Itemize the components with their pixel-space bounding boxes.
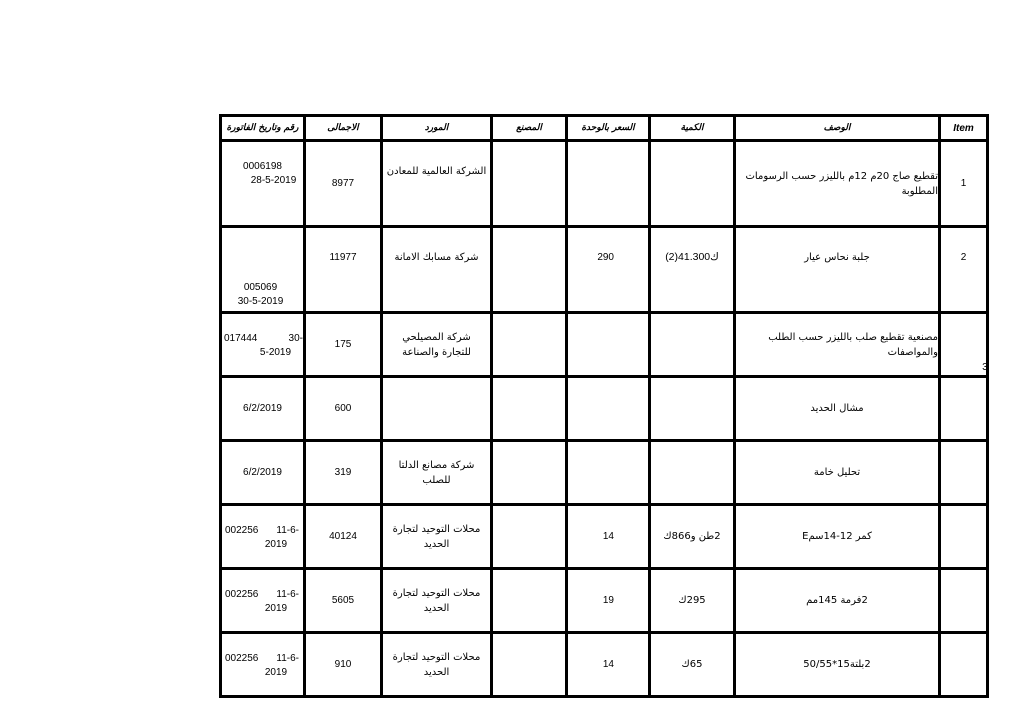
invoice-cell: 017444 30- 5-2019	[221, 313, 305, 377]
header-invoice: رقم وتاريخ الفاتورة	[221, 116, 305, 141]
invoice-date: 30-5-2019	[223, 295, 298, 309]
item-cell: 2	[940, 227, 988, 313]
supplier-cell	[382, 377, 492, 441]
total-cell: 319	[305, 441, 382, 505]
unit-price-cell: 14	[567, 633, 650, 697]
manufacturer-cell	[492, 141, 567, 227]
supplier-cell: شركة مسابك الامانة	[382, 227, 492, 313]
description-cell: 2فرمة 145مم	[735, 569, 940, 633]
supplier-cell: محلات التوحيد لتجارة الحديد	[382, 633, 492, 697]
header-item: Item	[940, 116, 988, 141]
invoice-number: 002256	[225, 588, 258, 602]
unit-price-cell: 19	[567, 569, 650, 633]
supplier-cell: محلات التوحيد لتجارة الحديد	[382, 505, 492, 569]
supplier-cell: محلات التوحيد لتجارة الحديد	[382, 569, 492, 633]
invoice-table: رقم وتاريخ الفاتورة الاجمالى المورد المص…	[219, 114, 989, 698]
quantity-cell: (2)41.300ك	[650, 227, 735, 313]
table-row: 6/2/2019 319 شركة مصانع الدلتا للصلب تحل…	[221, 441, 988, 505]
total-cell: 8977	[305, 141, 382, 227]
manufacturer-cell	[492, 633, 567, 697]
quantity-cell: 2طن و866ك	[650, 505, 735, 569]
header-unit-price: السعر بالوحدة	[567, 116, 650, 141]
description-cell: مشال الحديد	[735, 377, 940, 441]
item-number: 3	[982, 360, 987, 375]
item-cell: 1	[940, 141, 988, 227]
manufacturer-cell	[492, 569, 567, 633]
item-cell	[940, 441, 988, 505]
header-supplier: المورد	[382, 116, 492, 141]
unit-price-cell	[567, 441, 650, 505]
item-cell	[940, 569, 988, 633]
total-cell: 5605	[305, 569, 382, 633]
invoice-date: 2019	[225, 602, 299, 616]
unit-price-cell: 14	[567, 505, 650, 569]
header-manufacturer: المصنع	[492, 116, 567, 141]
invoice-date-part: 11-6-	[276, 652, 299, 666]
manufacturer-cell	[492, 313, 567, 377]
description-cell: 2بلتة15*50/55	[735, 633, 940, 697]
table-row: 0006198 28-5-2019 8977 الشركة العالمية ل…	[221, 141, 988, 227]
total-cell: 11977	[305, 227, 382, 313]
quantity-cell: 65ك	[650, 633, 735, 697]
header-quantity: الكمية	[650, 116, 735, 141]
total-cell: 175	[305, 313, 382, 377]
invoice-date-part: 11-6-	[276, 588, 299, 602]
item-cell	[940, 377, 988, 441]
invoice-date: 2019	[225, 538, 299, 552]
description-cell: جلبة نحاس عيار	[735, 227, 940, 313]
table-row: 002256 11-6- 2019 40124 محلات التوحيد لت…	[221, 505, 988, 569]
invoice-cell: 6/2/2019	[221, 441, 305, 505]
invoice-number: 005069	[223, 281, 298, 295]
quantity-cell	[650, 377, 735, 441]
supplier-cell: شركة المصيلحي للتجارة والصناعة	[382, 313, 492, 377]
manufacturer-cell	[492, 227, 567, 313]
item-cell	[940, 505, 988, 569]
invoice-date-part: 11-6-	[276, 524, 299, 538]
unit-price-cell	[567, 141, 650, 227]
invoice-date: 5-2019	[224, 346, 303, 360]
total-cell: 600	[305, 377, 382, 441]
quantity-cell	[650, 141, 735, 227]
manufacturer-cell	[492, 377, 567, 441]
item-cell	[940, 633, 988, 697]
table-row: 017444 30- 5-2019 175 شركة المصيلحي للتج…	[221, 313, 988, 377]
total-cell: 40124	[305, 505, 382, 569]
invoice-number: 002256	[225, 524, 258, 538]
unit-price-cell	[567, 313, 650, 377]
description-cell: مصنعية تقطيع صلب بالليزر حسب الطلب والمو…	[735, 313, 940, 377]
invoice-number: 0006198	[227, 160, 298, 174]
invoice-cell: 002256 11-6- 2019	[221, 505, 305, 569]
header-total: الاجمالى	[305, 116, 382, 141]
header-description: الوصف	[735, 116, 940, 141]
supplier-cell: شركة مصانع الدلتا للصلب	[382, 441, 492, 505]
invoice-cell: 005069 30-5-2019	[221, 227, 305, 313]
table-row: 6/2/2019 600 مشال الحديد	[221, 377, 988, 441]
invoice-date-part: 30-	[289, 332, 303, 346]
unit-price-cell: 290	[567, 227, 650, 313]
description-cell: تحليل خامة	[735, 441, 940, 505]
table-row: 002256 11-6- 2019 910 محلات التوحيد لتجا…	[221, 633, 988, 697]
table-row: 002256 11-6- 2019 5605 محلات التوحيد لتج…	[221, 569, 988, 633]
invoice-cell: 002256 11-6- 2019	[221, 633, 305, 697]
invoice-date: 28-5-2019	[227, 174, 298, 188]
quantity-cell	[650, 441, 735, 505]
description-cell: كمر 12-14سمE	[735, 505, 940, 569]
quantity-cell: 295ك	[650, 569, 735, 633]
invoice-number: 002256	[225, 652, 258, 666]
quantity-cell	[650, 313, 735, 377]
supplier-cell: الشركة العالمية للمعادن	[382, 141, 492, 227]
header-row: رقم وتاريخ الفاتورة الاجمالى المورد المص…	[221, 116, 988, 141]
unit-price-cell	[567, 377, 650, 441]
manufacturer-cell	[492, 505, 567, 569]
manufacturer-cell	[492, 441, 567, 505]
invoice-cell: 0006198 28-5-2019	[221, 141, 305, 227]
table-row: 005069 30-5-2019 11977 شركة مسابك الامان…	[221, 227, 988, 313]
invoice-cell: 6/2/2019	[221, 377, 305, 441]
description-cell: تقطيع صاج 20م 12م بالليزر حسب الرسومات ا…	[735, 141, 940, 227]
invoice-date: 2019	[225, 666, 299, 680]
document-page: رقم وتاريخ الفاتورة الاجمالى المورد المص…	[0, 0, 1024, 724]
invoice-number: 017444	[224, 332, 257, 346]
total-cell: 910	[305, 633, 382, 697]
item-cell: 3	[940, 313, 988, 377]
invoice-cell: 002256 11-6- 2019	[221, 569, 305, 633]
